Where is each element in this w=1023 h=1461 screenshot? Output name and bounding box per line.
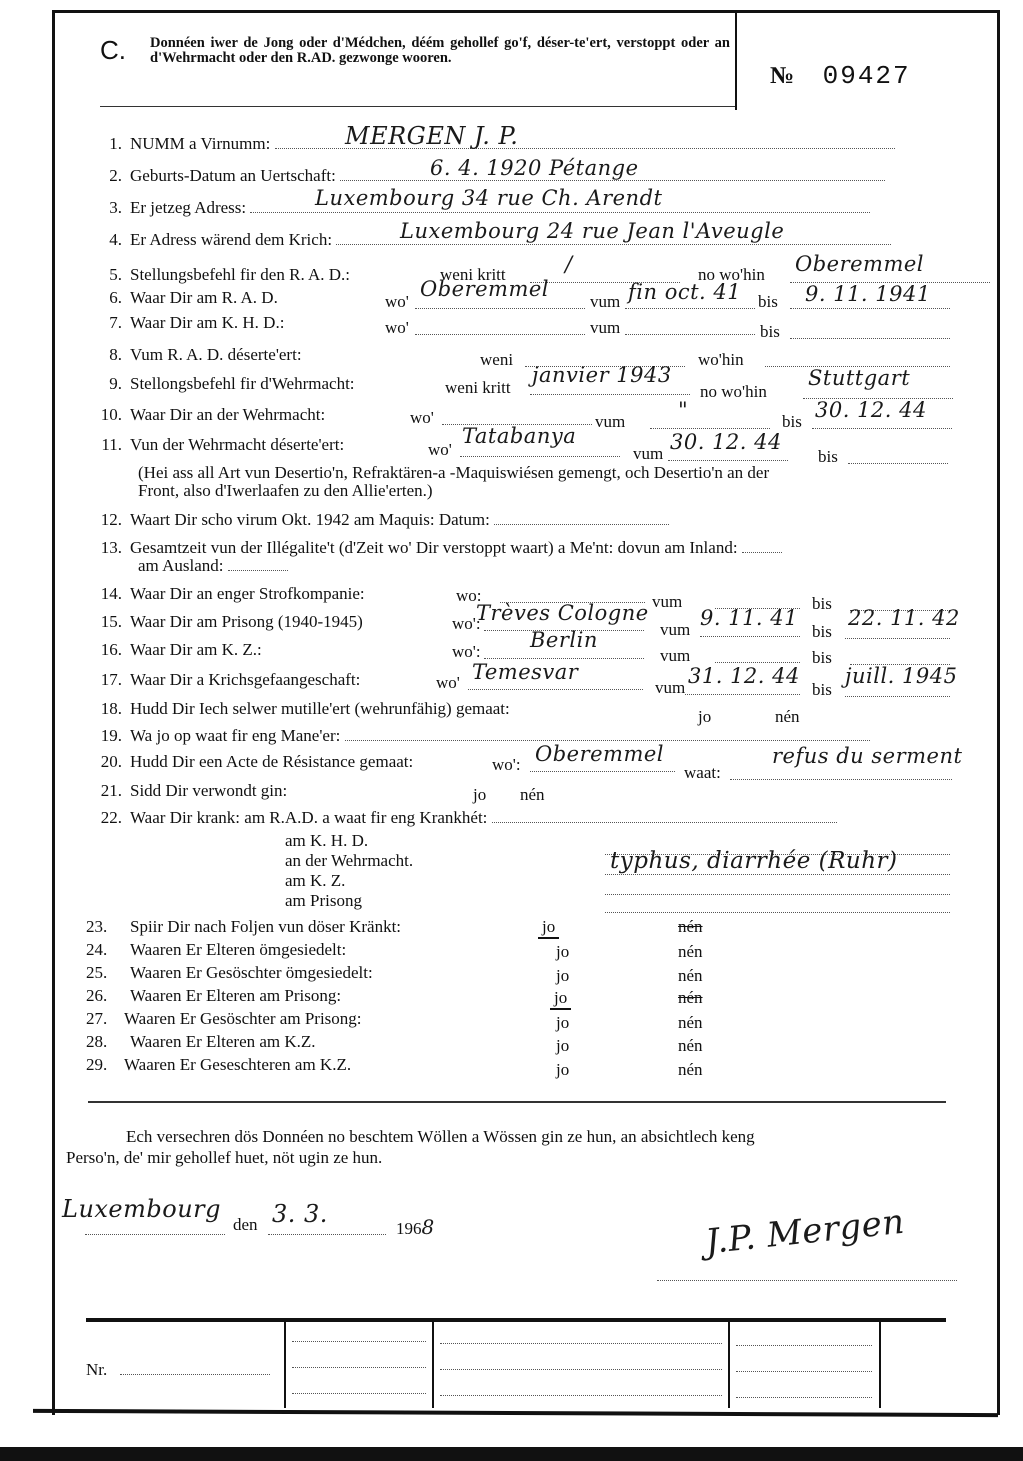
pow-where-label: wo' — [436, 673, 460, 693]
field-prison: 15.Waar Dir am Prisong (1940-1945) — [0, 612, 363, 632]
office-cell-3-3[interactable] — [736, 1396, 872, 1398]
field-pow: 17.Waar Dir a Krichsgefaangeschaft: — [0, 670, 360, 690]
section-letter: C. — [100, 35, 126, 66]
desertion-note-line1: (Hei ass all Art vun Desertio'n, Refrakt… — [138, 463, 769, 483]
office-cell-3-2[interactable] — [736, 1370, 872, 1372]
yesno-24-no[interactable]: nén — [678, 942, 703, 962]
field-illness: 22.Waar Dir krank: am R.A.D. a waat fir … — [0, 808, 837, 828]
rad-order-when-value: / — [565, 252, 573, 276]
illness-khd-label: am K. H. D. — [285, 831, 368, 851]
kz-from-input[interactable] — [715, 650, 800, 663]
yesno-28-yes[interactable]: jo — [556, 1036, 569, 1056]
serial-number: № 09427 — [770, 60, 911, 91]
place-input[interactable] — [85, 1222, 225, 1235]
field-kz: 16.Waar Dir am K. Z.: — [0, 640, 262, 660]
maquis-date-input[interactable] — [494, 512, 669, 525]
field-rad-service: 6.Waar Dir am R. A. D. — [0, 288, 278, 308]
desertion-where-value: Tatabanya — [462, 424, 576, 448]
yesno-row-24: 24.Waaren Er Elteren ömgesiedelt: — [86, 940, 346, 960]
prison-to-value: 22. 11. 42 — [848, 606, 960, 630]
office-col-divider-2 — [432, 1322, 434, 1408]
current-address-value: Luxembourg 34 rue Ch. Arendt — [315, 186, 662, 210]
desertion-note-line2: Front, also d'Iwerlaafen zu den Allie'er… — [138, 481, 433, 501]
yesno-23-no[interactable]: nén — [678, 917, 703, 937]
field-illegality: 13.Gesamtzeit vun der Illégalite't (d'Ze… — [0, 538, 782, 558]
self-mutilation-no[interactable]: nén — [775, 707, 800, 727]
wehrmacht-to-label: bis — [782, 412, 802, 432]
yesno-row-29: 29.Waaren Er Geseschteren am K.Z. — [86, 1055, 351, 1075]
wounded-no[interactable]: nén — [520, 785, 545, 805]
rad-service-from-label: vum — [590, 292, 620, 312]
resistance-what-input[interactable] — [730, 767, 952, 780]
yesno-row-23: 23.Spiir Dir nach Foljen vun döser Kränk… — [86, 917, 401, 937]
signature-line[interactable] — [657, 1268, 957, 1281]
office-use-table: Nr. — [86, 1318, 946, 1408]
yesno-row-25: 25.Waaren Er Gesöschter ömgesiedelt: — [86, 963, 373, 983]
field-khd-service: 7.Waar Dir am K. H. D.: — [0, 313, 284, 333]
desertion-from-value: 30. 12. 44 — [670, 430, 782, 454]
field-rad-desertion: 8.Vum R. A. D. déserte'ert: — [0, 345, 302, 365]
serial-number-value: 09427 — [823, 61, 911, 91]
pow-from-label: vum — [655, 678, 685, 698]
illness-value: typhus, diarrhée (Ruhr) — [610, 848, 898, 874]
wehrmacht-from-label: vum — [595, 412, 625, 432]
yesno-24-yes[interactable]: jo — [556, 942, 569, 962]
field-wehrmacht-service: 10.Waar Dir an der Wehrmacht: — [0, 405, 325, 425]
resistance-what-label: waat: — [684, 763, 721, 783]
field-wounded: 21.Sidd Dir verwondt gin: — [0, 781, 287, 801]
form-title: Donnéen iwer de Jong oder d'Médchen, déé… — [150, 36, 730, 66]
rad-service-to-label: bis — [758, 292, 778, 312]
header-vertical-divider — [735, 12, 737, 110]
wehrmacht-order-when-value: janvier 1943 — [532, 363, 672, 387]
office-col-divider-3 — [728, 1322, 730, 1408]
rad-desertion-when-label: weni — [480, 350, 513, 370]
khd-from-input[interactable] — [625, 322, 755, 335]
pow-from-value: 31. 12. 44 — [688, 664, 800, 688]
illness-kz-label: am K. Z. — [285, 871, 345, 891]
desertion-to-input[interactable] — [848, 451, 948, 464]
field-resistance: 20.Hudd Dir een Acte de Résistance gemaa… — [0, 752, 413, 772]
wehrmacht-order-where-value: Stuttgart — [808, 366, 910, 390]
self-mutilation-yes[interactable]: jo — [698, 707, 711, 727]
illegality-inland-input[interactable] — [742, 540, 782, 553]
yesno-26-no[interactable]: nén — [678, 988, 703, 1008]
penal-to-label: bis — [812, 594, 832, 614]
office-col-divider-4 — [879, 1322, 881, 1408]
year-label: 1968 — [396, 1215, 435, 1239]
rad-order-where-value: Oberemmel — [795, 252, 924, 276]
office-cell-1-1[interactable] — [292, 1340, 426, 1342]
khd-to-input[interactable] — [790, 326, 950, 339]
illness-kz-input[interactable] — [605, 882, 950, 895]
desertion-where-label: wo' — [428, 440, 452, 460]
yesno-25-no[interactable]: nén — [678, 966, 703, 986]
mutilation-how-input[interactable] — [345, 728, 870, 741]
year-suffix-value: 8 — [422, 1215, 435, 1239]
kz-where-value: Berlin — [530, 628, 598, 652]
wehrmacht-from-value: " — [678, 398, 688, 422]
yesno-29-yes[interactable]: jo — [556, 1060, 569, 1080]
war-address-value: Luxembourg 24 rue Jean l'Aveugle — [400, 219, 784, 243]
date-value: 3. 3. — [272, 1200, 328, 1228]
illness-wehrmacht-label: an der Wehrmacht. — [285, 851, 413, 871]
khd-from-label: vum — [590, 318, 620, 338]
yesno-28-no[interactable]: nén — [678, 1036, 703, 1056]
birth-value: 6. 4. 1920 Pétange — [430, 156, 639, 180]
field-rad-order: 5.Stellungsbefehl fir den R. A. D.: — [0, 265, 350, 285]
prison-from-value: 9. 11. 41 — [700, 606, 798, 630]
pow-where-value: Temesvar — [472, 660, 578, 684]
khd-where-label: wo' — [385, 318, 409, 338]
kz-where-label: wo': — [452, 642, 481, 662]
yesno-row-28: 28.Waaren Er Elteren am K.Z. — [86, 1032, 316, 1052]
office-cell-2-2[interactable] — [440, 1368, 722, 1370]
pow-to-label: bis — [812, 680, 832, 700]
nr-label: Nr. — [86, 1360, 270, 1380]
desertion-to-label: bis — [818, 447, 838, 467]
den-label: den — [233, 1215, 258, 1235]
illness-rad-input[interactable] — [492, 810, 837, 823]
field-self-mutilation: 18.Hudd Dir Iech selwer mutille'ert (weh… — [0, 699, 510, 719]
resistance-what-value: refus du serment — [772, 744, 962, 768]
office-cell-2-3[interactable] — [440, 1394, 722, 1396]
illness-prison-label: am Prisong — [285, 891, 362, 911]
desertion-from-label: vum — [633, 444, 663, 464]
prison-where-value: Trèves Cologne — [476, 601, 649, 625]
wehrmacht-from-input[interactable] — [650, 416, 770, 429]
kz-from-label: vum — [660, 646, 690, 666]
yesno-26-yes[interactable]: jo — [550, 988, 571, 1010]
office-cell-2-1[interactable] — [440, 1342, 722, 1344]
nr-input[interactable] — [120, 1362, 270, 1375]
field-wehrmacht-desertion: 11.Vun der Wehrmacht déserte'ert: — [0, 435, 344, 455]
wehrmacht-where-label: wo' — [410, 408, 434, 428]
khd-where-input[interactable] — [415, 322, 585, 335]
declaration-line2: Perso'n, de' mir gehollef huet, nöt ugin… — [66, 1148, 382, 1168]
declaration-divider — [88, 1101, 946, 1103]
office-cell-1-3[interactable] — [292, 1392, 426, 1394]
office-table-top-rule — [86, 1318, 946, 1322]
field-maquis: 12.Waart Dir scho virum Okt. 1942 am Maq… — [0, 510, 669, 530]
yesno-29-no[interactable]: nén — [678, 1060, 703, 1080]
declaration-line1: Ech versechren dös Donnéen no beschtem W… — [126, 1127, 755, 1147]
yesno-27-yes[interactable]: jo — [556, 1013, 569, 1033]
illegality-abroad-label: am Ausland: — [138, 556, 288, 576]
rad-service-where-label: wo' — [385, 292, 409, 312]
header-horizontal-divider — [100, 106, 735, 107]
yesno-25-yes[interactable]: jo — [556, 966, 569, 986]
rad-service-where-value: Oberemmel — [420, 277, 549, 301]
yesno-row-26: 26.Waaren Er Elteren am Prisong: — [86, 986, 341, 1006]
wounded-yes[interactable]: jo — [473, 785, 486, 805]
prison-to-label: bis — [812, 622, 832, 642]
yesno-row-27: 27.Waaren Er Gesöschter am Prisong: — [86, 1009, 362, 1029]
yesno-27-no[interactable]: nén — [678, 1013, 703, 1033]
field-mutilation-how: 19.Wa jo op waat fir eng Mane'er: — [0, 726, 870, 746]
field-penal-company: 14.Waar Dir an enger Strofkompanie: — [0, 584, 365, 604]
name-value: MERGEN J. P. — [345, 122, 518, 150]
illness-prison-input[interactable] — [605, 900, 950, 913]
place-value: Luxembourg — [62, 1195, 221, 1223]
kz-to-label: bis — [812, 648, 832, 668]
office-cell-3-1[interactable] — [736, 1344, 872, 1346]
prison-from-label: vum — [660, 620, 690, 640]
penal-from-label: vum — [652, 592, 682, 612]
rad-service-to-value: 9. 11. 1941 — [805, 282, 931, 306]
wehrmacht-order-where-label: no wo'hin — [700, 382, 767, 402]
office-col-divider-1 — [284, 1322, 286, 1408]
wehrmacht-to-value: 30. 12. 44 — [815, 398, 927, 422]
pow-to-value: juill. 1945 — [845, 664, 957, 688]
illegality-abroad-input[interactable] — [228, 558, 288, 571]
yesno-23-yes[interactable]: jo — [538, 917, 559, 939]
khd-to-label: bis — [760, 322, 780, 342]
wehrmacht-order-when-label: weni kritt — [445, 378, 511, 398]
rad-desertion-where-label: wo'hin — [698, 350, 744, 370]
rad-service-from-value: fin oct. 41 — [628, 280, 741, 304]
field-wehrmacht-order: 9.Stellongsbefehl fir d'Wehrmacht: — [0, 374, 355, 394]
office-cell-1-2[interactable] — [292, 1366, 426, 1368]
numero-sign-icon: № — [770, 63, 795, 89]
scan-page-edge — [0, 1447, 1023, 1461]
resistance-where-label: wo': — [492, 755, 521, 775]
resistance-where-value: Oberemmel — [535, 742, 664, 766]
